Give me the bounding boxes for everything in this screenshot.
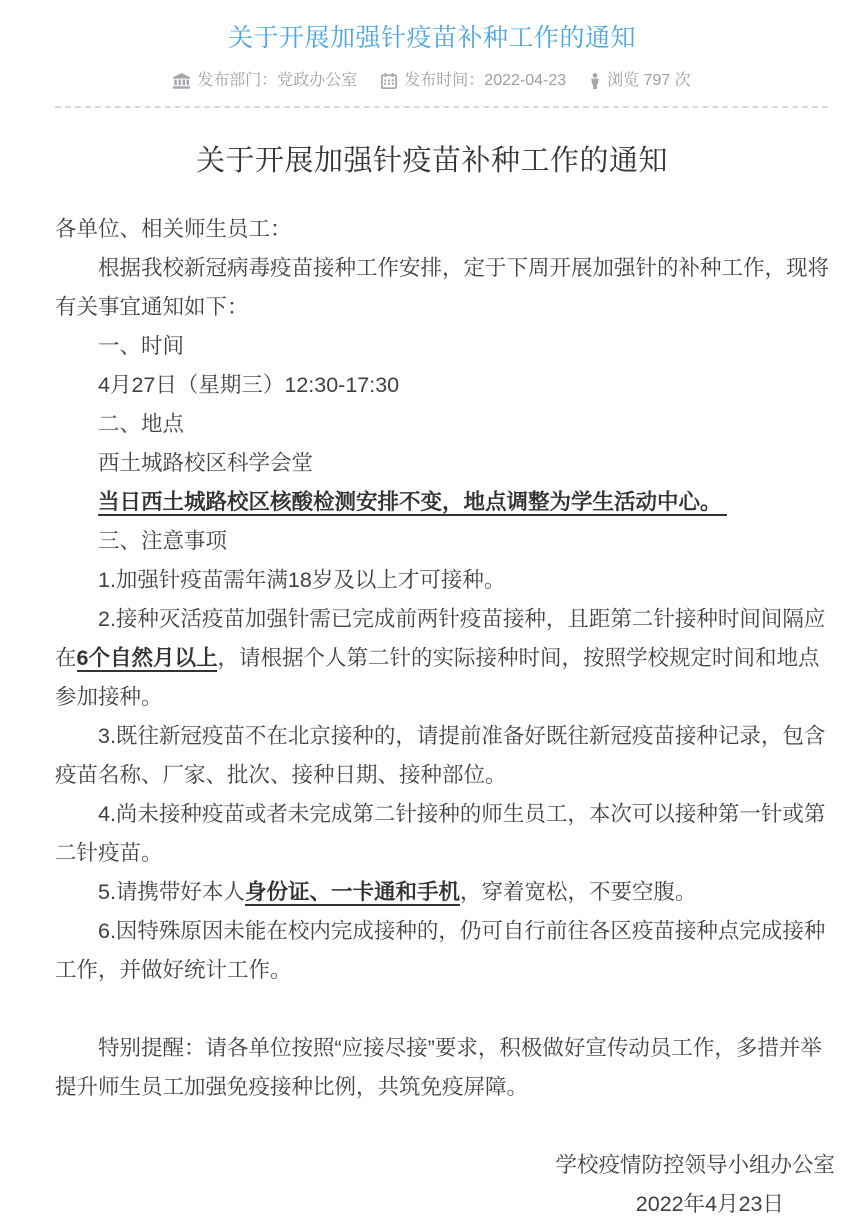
article-body: 各单位、相关师生员工：根据我校新冠病毒疫苗接种工作安排，定于下周开展加强针的补种… [55, 210, 835, 1224]
meta-department: 发布部门： 党政办公室 [173, 70, 357, 92]
section-2-title: 二、地点 [55, 405, 835, 444]
note-5: 5.请携带好本人身份证、一卡通和手机，穿着宽松，不要空腹。 [55, 873, 835, 912]
user-icon [590, 73, 600, 89]
institution-icon [173, 73, 190, 89]
text-run: 特别提醒：请各单位按照“应接尽接”要求，积极做好宣传动员工作，多措并举提升师生员… [55, 1036, 822, 1099]
article: 关于开展加强针疫苗补种工作的通知 各单位、相关师生员工：根据我校新冠病毒疫苗接种… [0, 142, 864, 1224]
text-run: 1.加强针疫苗需年满18岁及以上才可接种。 [98, 568, 505, 592]
note-6: 6.因特殊原因未能在校内完成接种的，仍可自行前往各区疫苗接种点完成接种工作，并做… [55, 912, 835, 990]
signature-office: 学校疫情防控领导小组办公室 [55, 1146, 835, 1185]
text-run: 5.请携带好本人 [98, 880, 245, 904]
emphasis-text: 身份证、一卡通和手机 [245, 880, 460, 906]
section-1-title: 一、时间 [55, 327, 835, 366]
text-run: 各单位、相关师生员工： [55, 217, 292, 241]
text-run: 3.既往新冠疫苗不在北京接种的，请提前准备好既往新冠疫苗接种记录，包含疫苗名称、… [55, 724, 825, 787]
page-title: 关于开展加强针疫苗补种工作的通知 [0, 22, 864, 54]
section-2-place: 西土城路校区科学会堂 [55, 444, 835, 483]
section-3-title: 三、注意事项 [55, 522, 835, 561]
section-1-time: 4月27日（星期三）12:30-17:30 [55, 366, 835, 405]
calendar-icon [381, 73, 397, 89]
emphasis-text: 当日西土城路校区核酸检测安排不变，地点调整为学生活动中心。 [98, 490, 727, 516]
special-reminder: 特别提醒：请各单位按照“应接尽接”要求，积极做好宣传动员工作，多措并举提升师生员… [55, 1029, 835, 1107]
intro-paragraph: 根据我校新冠病毒疫苗接种工作安排，定于下周开展加强针的补种工作，现将有关事宜通知… [55, 249, 835, 327]
page-header: 关于开展加强针疫苗补种工作的通知 发布部门： 党政办公室 [0, 22, 864, 108]
text-run: 6.因特殊原因未能在校内完成接种的，仍可自行前往各区疫苗接种点完成接种工作，并做… [55, 919, 825, 982]
emphasis-text: 6个自然月以上 [77, 646, 218, 672]
dashed-divider [55, 106, 828, 108]
text-run: 西土城路校区科学会堂 [98, 451, 313, 475]
text-run: 根据我校新冠病毒疫苗接种工作安排，定于下周开展加强针的补种工作，现将有关事宜通知… [55, 256, 829, 319]
text-run: 4.尚未接种疫苗或者未完成第二针接种的师生员工，本次可以接种第一针或第二针疫苗。 [55, 802, 825, 865]
text-run: 一、时间 [98, 334, 184, 358]
note-3: 3.既往新冠疫苗不在北京接种的，请提前准备好既往新冠疫苗接种记录，包含疫苗名称、… [55, 717, 835, 795]
blank-line [55, 990, 835, 1029]
text-run: 二、地点 [98, 412, 184, 436]
meta-publish-date: 发布时间： 2022-04-23 [381, 70, 566, 92]
salutation: 各单位、相关师生员工： [55, 210, 835, 249]
note-1: 1.加强针疫苗需年满18岁及以上才可接种。 [55, 561, 835, 600]
signature-date: 2022年4月23日 [55, 1185, 835, 1224]
meta-department-label: 发布部门： [197, 70, 277, 92]
text-run: 4月27日（星期三）12:30-17:30 [98, 373, 399, 397]
meta-views-text: 浏览 797 次 [607, 70, 691, 92]
article-meta: 发布部门： 党政办公室 发布时间： 2022-04-23 [0, 70, 864, 92]
signature-block: 学校疫情防控领导小组办公室 2022年4月23日 [55, 1146, 835, 1224]
text-run: 三、注意事项 [98, 529, 227, 553]
meta-date-value: 2022-04-23 [484, 70, 566, 92]
note-2: 2.接种灭活疫苗加强针需已完成前两针疫苗接种，且距第二针接种时间间隔应在6个自然… [55, 600, 835, 717]
note-4: 4.尚未接种疫苗或者未完成第二针接种的师生员工，本次可以接种第一针或第二针疫苗。 [55, 795, 835, 873]
text-run: ，穿着宽松，不要空腹。 [460, 880, 697, 904]
meta-views: 浏览 797 次 [590, 70, 691, 92]
article-heading: 关于开展加强针疫苗补种工作的通知 [0, 142, 864, 180]
place-change-notice: 当日西土城路校区核酸检测安排不变，地点调整为学生活动中心。 [55, 483, 835, 522]
meta-department-value: 党政办公室 [277, 70, 357, 92]
meta-date-label: 发布时间： [404, 70, 484, 92]
